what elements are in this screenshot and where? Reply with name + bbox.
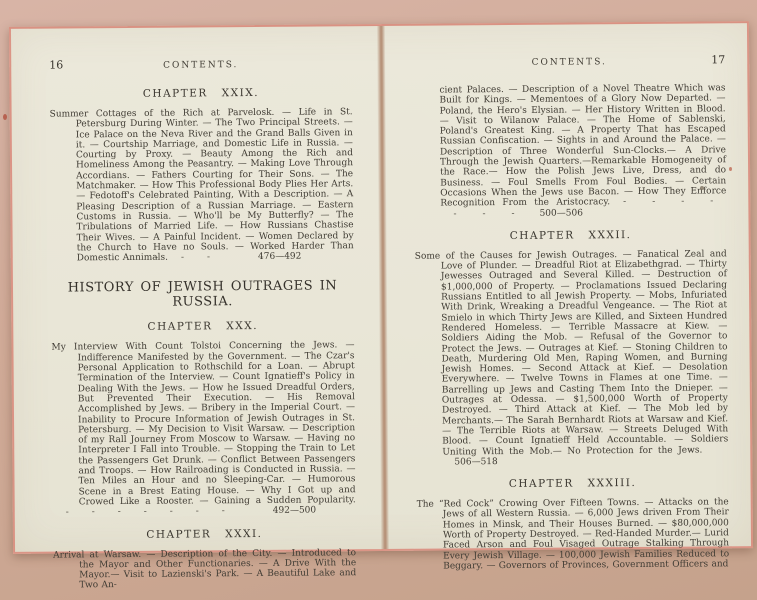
entry-text: Summer Cottages of the Rich at Parvelosk… bbox=[50, 107, 354, 263]
toc-entry: The “Red Cock” Crowing Over Fifteen Town… bbox=[417, 497, 730, 572]
left-page-number: 16 bbox=[49, 58, 73, 71]
leader-dash: - bbox=[681, 197, 684, 207]
left-page: 16 CONTENTS. CHAPTER XXIX.Summer Cottage… bbox=[11, 26, 383, 552]
chapter-heading: CHAPTER XXXIII. bbox=[417, 476, 729, 490]
chapter-heading: CHAPTER XXX. bbox=[51, 320, 354, 334]
page-range: 492—500 bbox=[273, 506, 316, 516]
right-running-head: CONTENTS. bbox=[437, 56, 701, 68]
page-speck bbox=[700, 186, 704, 190]
entry-text: Arrival at Warsaw. — Description of the … bbox=[53, 548, 356, 591]
leader-dash: - bbox=[453, 209, 456, 219]
entry-text: Some of the Causes for Jewish Outrages. … bbox=[415, 249, 729, 457]
chapter-heading: CHAPTER XXIX. bbox=[49, 86, 352, 100]
toc-entry: Some of the Causes for Jewish Outrages. … bbox=[415, 249, 729, 468]
toc-entry: Summer Cottages of the Rich at Parvelosk… bbox=[50, 107, 354, 264]
book-scan: { "book": { "leader_char": "-", "left_pa… bbox=[0, 0, 757, 600]
entry-text: My Interview With Count Tolstoi Concerni… bbox=[51, 341, 355, 508]
toc-entry: cient Palaces. — Description of a Novel … bbox=[413, 83, 726, 219]
right-running-head-row: CONTENTS. 17 bbox=[413, 53, 725, 68]
leader-dash: - bbox=[623, 197, 626, 207]
entry-text: The “Red Cock” Crowing Over Fifteen Town… bbox=[417, 497, 729, 571]
page-range: 500—506 bbox=[540, 208, 583, 218]
book-spread: 16 CONTENTS. CHAPTER XXIX.Summer Cottage… bbox=[9, 21, 753, 554]
leader-dash: - bbox=[511, 209, 514, 219]
toc-entry: Arrival at Warsaw. — Description of the … bbox=[53, 548, 356, 592]
chapter-heading: CHAPTER XXXII. bbox=[415, 228, 727, 242]
page-range: 506—518 bbox=[454, 457, 497, 467]
right-page: CONTENTS. 17 cient Palaces. — Descriptio… bbox=[379, 23, 751, 549]
entry-text: cient Palaces. — Description of a Novel … bbox=[439, 83, 726, 209]
leader-dash: - bbox=[652, 197, 655, 207]
right-page-body: cient Palaces. — Description of a Novel … bbox=[413, 83, 729, 572]
section-title: HISTORY OF JEWISH OUTRAGES IN RUSSIA. bbox=[51, 279, 354, 311]
toc-entry: My Interview With Count Tolstoi Concerni… bbox=[51, 341, 355, 518]
left-page-body: CHAPTER XXIX.Summer Cottages of the Rich… bbox=[49, 86, 356, 591]
red-edge-speck bbox=[3, 114, 7, 120]
left-running-head-row: 16 CONTENTS. bbox=[49, 56, 352, 71]
page-edge-speck bbox=[729, 167, 732, 171]
chapter-heading: CHAPTER XXXI. bbox=[53, 527, 356, 541]
page-range: 476—492 bbox=[258, 252, 301, 262]
leader-dash: - bbox=[710, 197, 713, 207]
left-running-head: CONTENTS. bbox=[73, 59, 328, 71]
right-page-number: 17 bbox=[701, 53, 725, 66]
leader-dash: - bbox=[482, 209, 485, 219]
